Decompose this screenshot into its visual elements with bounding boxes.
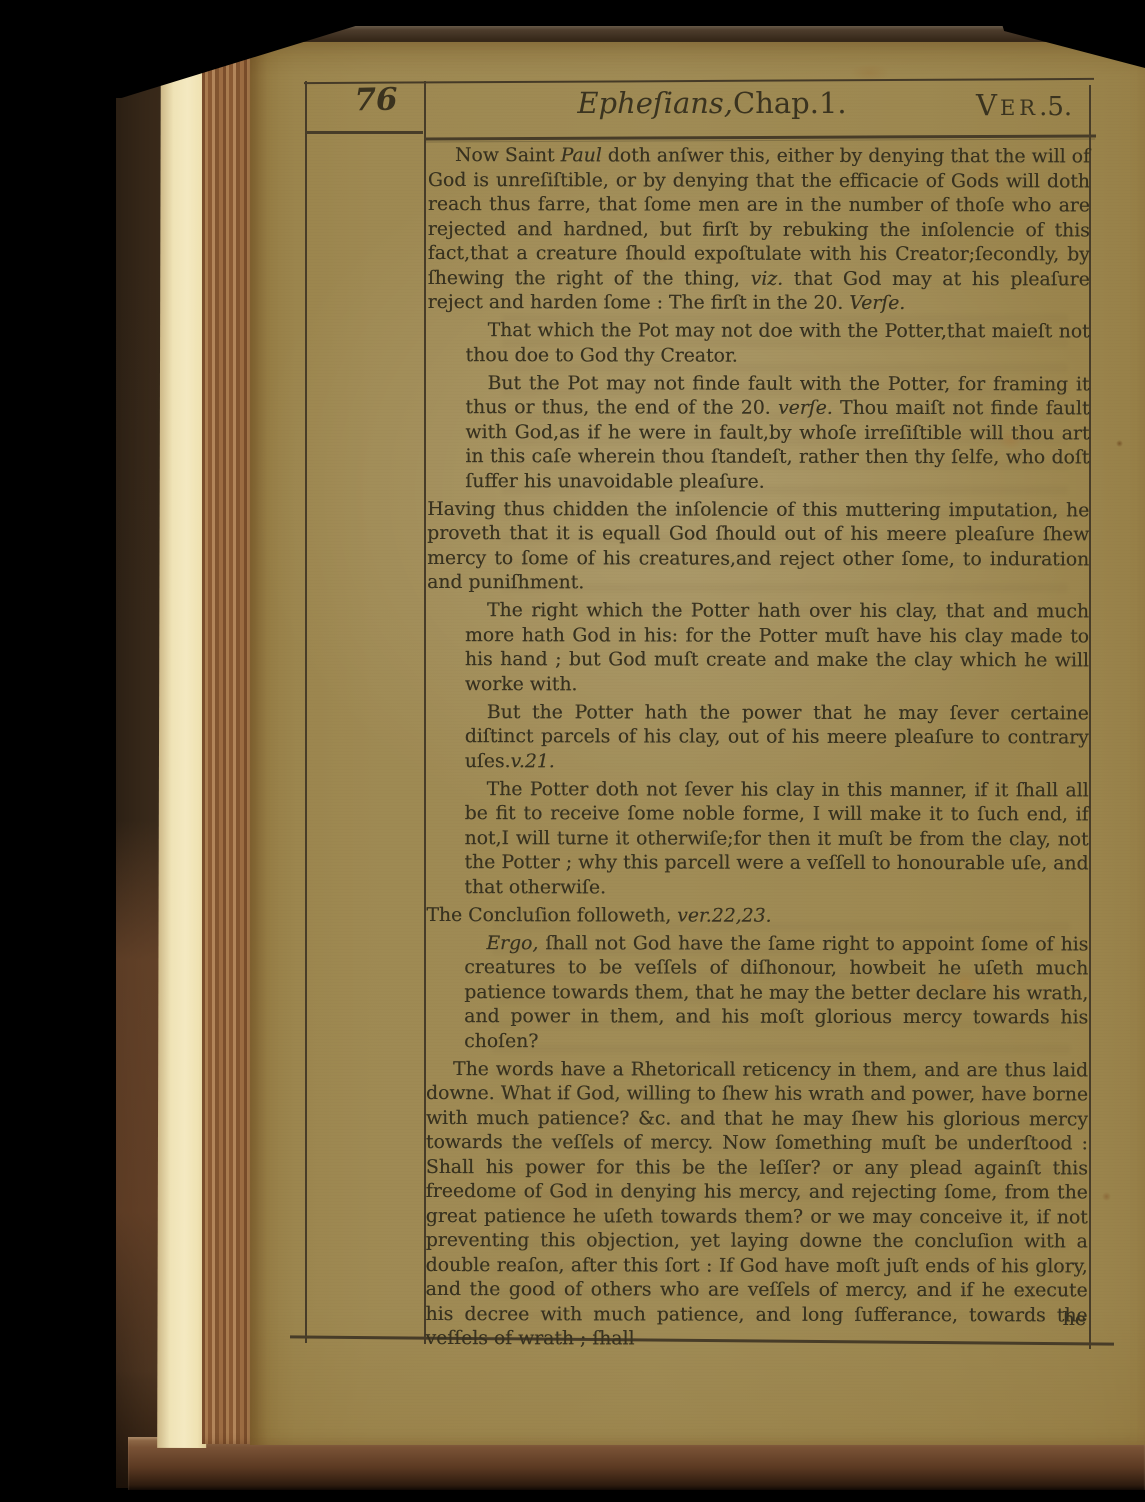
paragraph: Having thus chidden the inſolencie of th… bbox=[427, 497, 1089, 596]
header-book-chapter: Epheſians,Chap.1. bbox=[577, 86, 846, 120]
paragraph: But the Potter hath the power that he ma… bbox=[465, 701, 1089, 776]
foxing-speck bbox=[1116, 440, 1123, 447]
header-chapter-label: Chap.1. bbox=[733, 86, 847, 120]
verse-label-initial: V bbox=[976, 88, 1000, 122]
book-photograph: 76 Epheſians,Chap.1. VER.5. Now Saint Pa… bbox=[0, 0, 1145, 1502]
header-book-title: Epheſians, bbox=[577, 86, 733, 120]
verse-number: .5. bbox=[1039, 92, 1072, 122]
paragraph: The Concluſion followeth, ver.22,23. bbox=[426, 903, 1088, 929]
frame-rule-left bbox=[305, 81, 307, 1343]
paragraph: The right which the Potter hath over his… bbox=[465, 599, 1089, 698]
foxing-speck bbox=[1102, 1192, 1111, 1201]
catchword: he bbox=[428, 1308, 1086, 1330]
paragraph: But the Pot may not finde fault with the… bbox=[465, 372, 1089, 496]
page-number: 76 bbox=[328, 81, 425, 119]
header-underline-rule bbox=[424, 135, 1096, 141]
paragraph: Ergo, ſhall not God have the ſame right … bbox=[464, 932, 1088, 1056]
paragraph: That which the Pot may not doe with the … bbox=[466, 319, 1090, 369]
book-page: 76 Epheſians,Chap.1. VER.5. Now Saint Pa… bbox=[250, 42, 1145, 1445]
text-block: Now Saint Paul doth anſwer this, either … bbox=[425, 144, 1090, 1356]
verse-label-smallcaps: ER bbox=[1000, 96, 1039, 120]
paragraph: The Potter doth not ſever his clay in th… bbox=[464, 778, 1088, 902]
paragraph: Now Saint Paul doth anſwer this, either … bbox=[428, 144, 1090, 317]
folio-underline-rule bbox=[305, 131, 423, 134]
header-verse-label: VER.5. bbox=[976, 88, 1072, 122]
